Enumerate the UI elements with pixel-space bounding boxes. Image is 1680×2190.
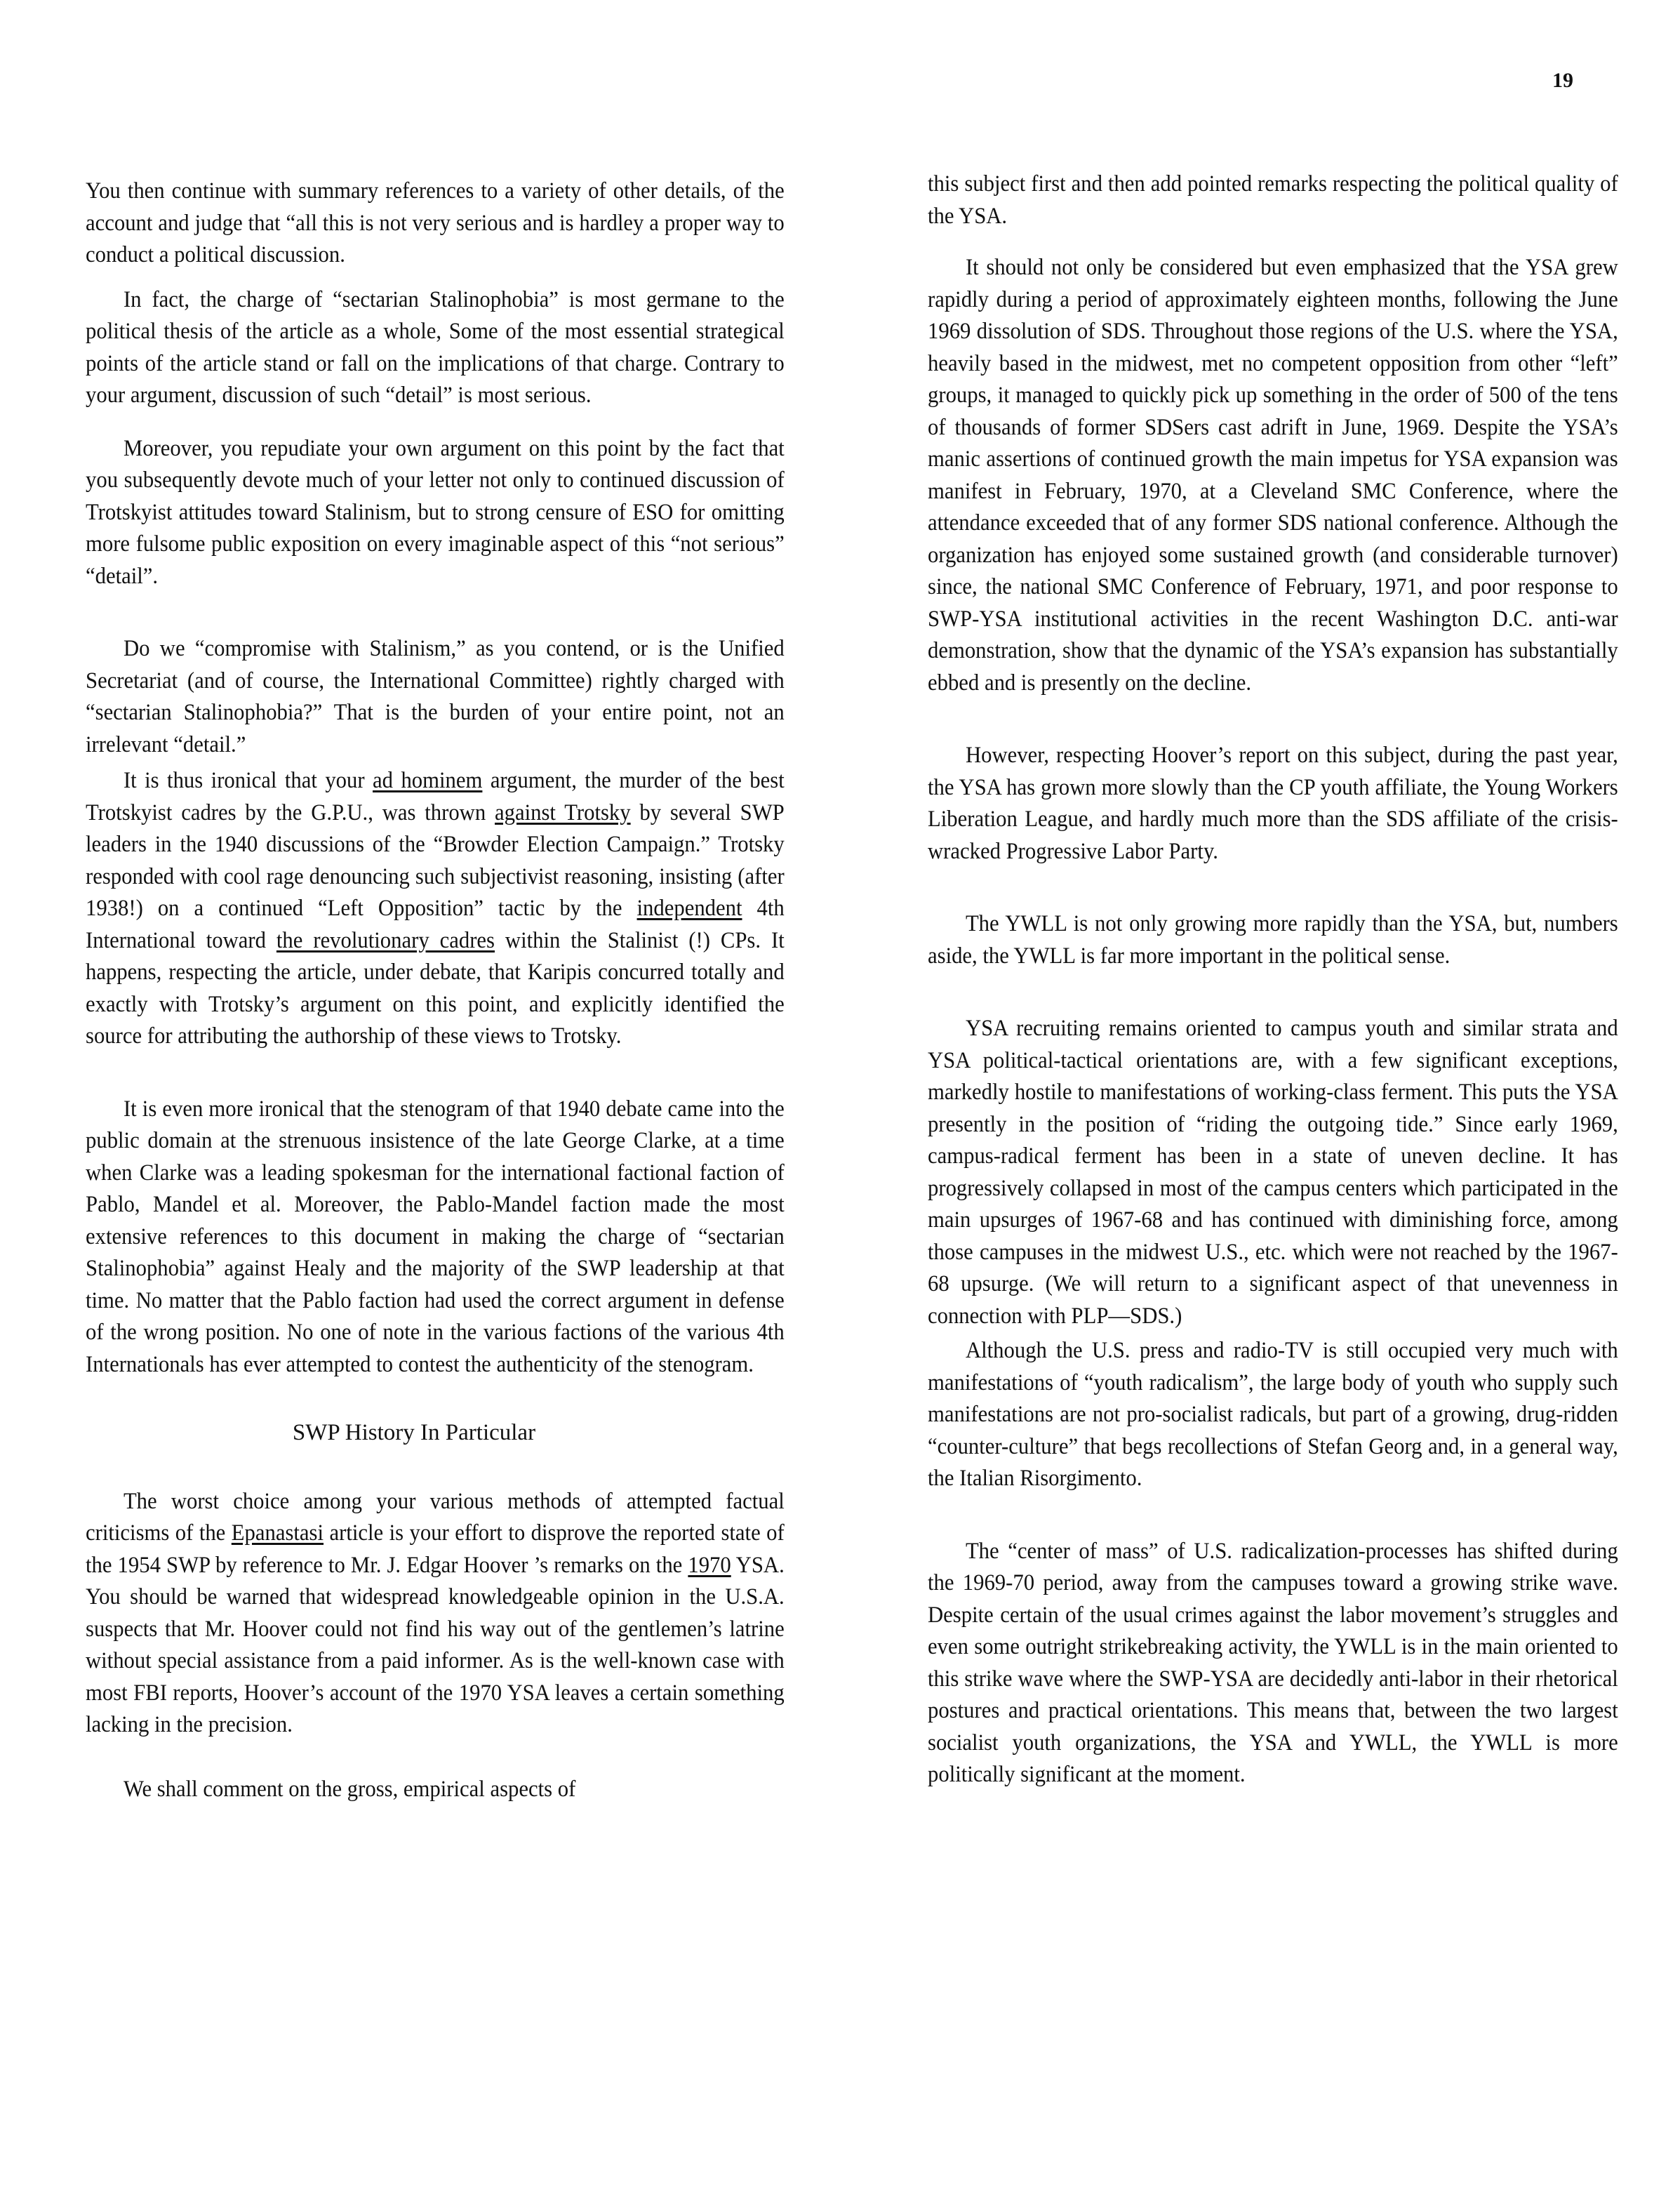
text-run: YSA. You should be warned that widesprea… (86, 1553, 785, 1738)
page-number: 19 (1552, 69, 1573, 93)
underlined-text: against Trotsky (495, 800, 631, 825)
paragraph: It is thus ironical that your ad hominem… (86, 765, 785, 1053)
paragraph: We shall comment on the gross, empirical… (86, 1774, 785, 1806)
paragraph: However, respecting Hoover’s report on t… (928, 740, 1618, 868)
paragraph: Do we “compromise with Stalinism,” as yo… (86, 633, 785, 761)
paragraph: It is even more ironical that the stenog… (86, 1094, 785, 1381)
underlined-text: ad hominem (373, 768, 482, 793)
underlined-text: the revolutionary cadres (276, 928, 495, 953)
left-column: You then continue with summary reference… (86, 175, 785, 1805)
paragraph: Although the U.S. press and radio-TV is … (928, 1335, 1618, 1495)
paragraph: Moreover, you repudiate your own argumen… (86, 433, 785, 593)
section-heading: SWP History In Particular (44, 1417, 785, 1449)
underlined-text: independent (637, 896, 742, 921)
paragraph: The “center of mass” of U.S. radicalizat… (928, 1536, 1618, 1791)
underlined-text: 1970 (688, 1553, 731, 1578)
paragraph: In fact, the charge of “sectarian Stalin… (86, 284, 785, 412)
paragraph: You then continue with summary reference… (86, 175, 785, 272)
text-run: It is thus ironical that your (124, 768, 373, 793)
document-page: 19 You then continue with summary refere… (0, 0, 1680, 2190)
underlined-text: Epanastasi (232, 1520, 324, 1546)
paragraph: this subject first and then add pointed … (928, 168, 1618, 232)
paragraph: The YWLL is not only growing more rapidl… (928, 908, 1618, 972)
right-column: this subject first and then add pointed … (928, 168, 1618, 1791)
paragraph: It should not only be considered but eve… (928, 252, 1618, 699)
paragraph: The worst choice among your various meth… (86, 1486, 785, 1741)
paragraph: YSA recruiting remains oriented to campu… (928, 1013, 1618, 1332)
